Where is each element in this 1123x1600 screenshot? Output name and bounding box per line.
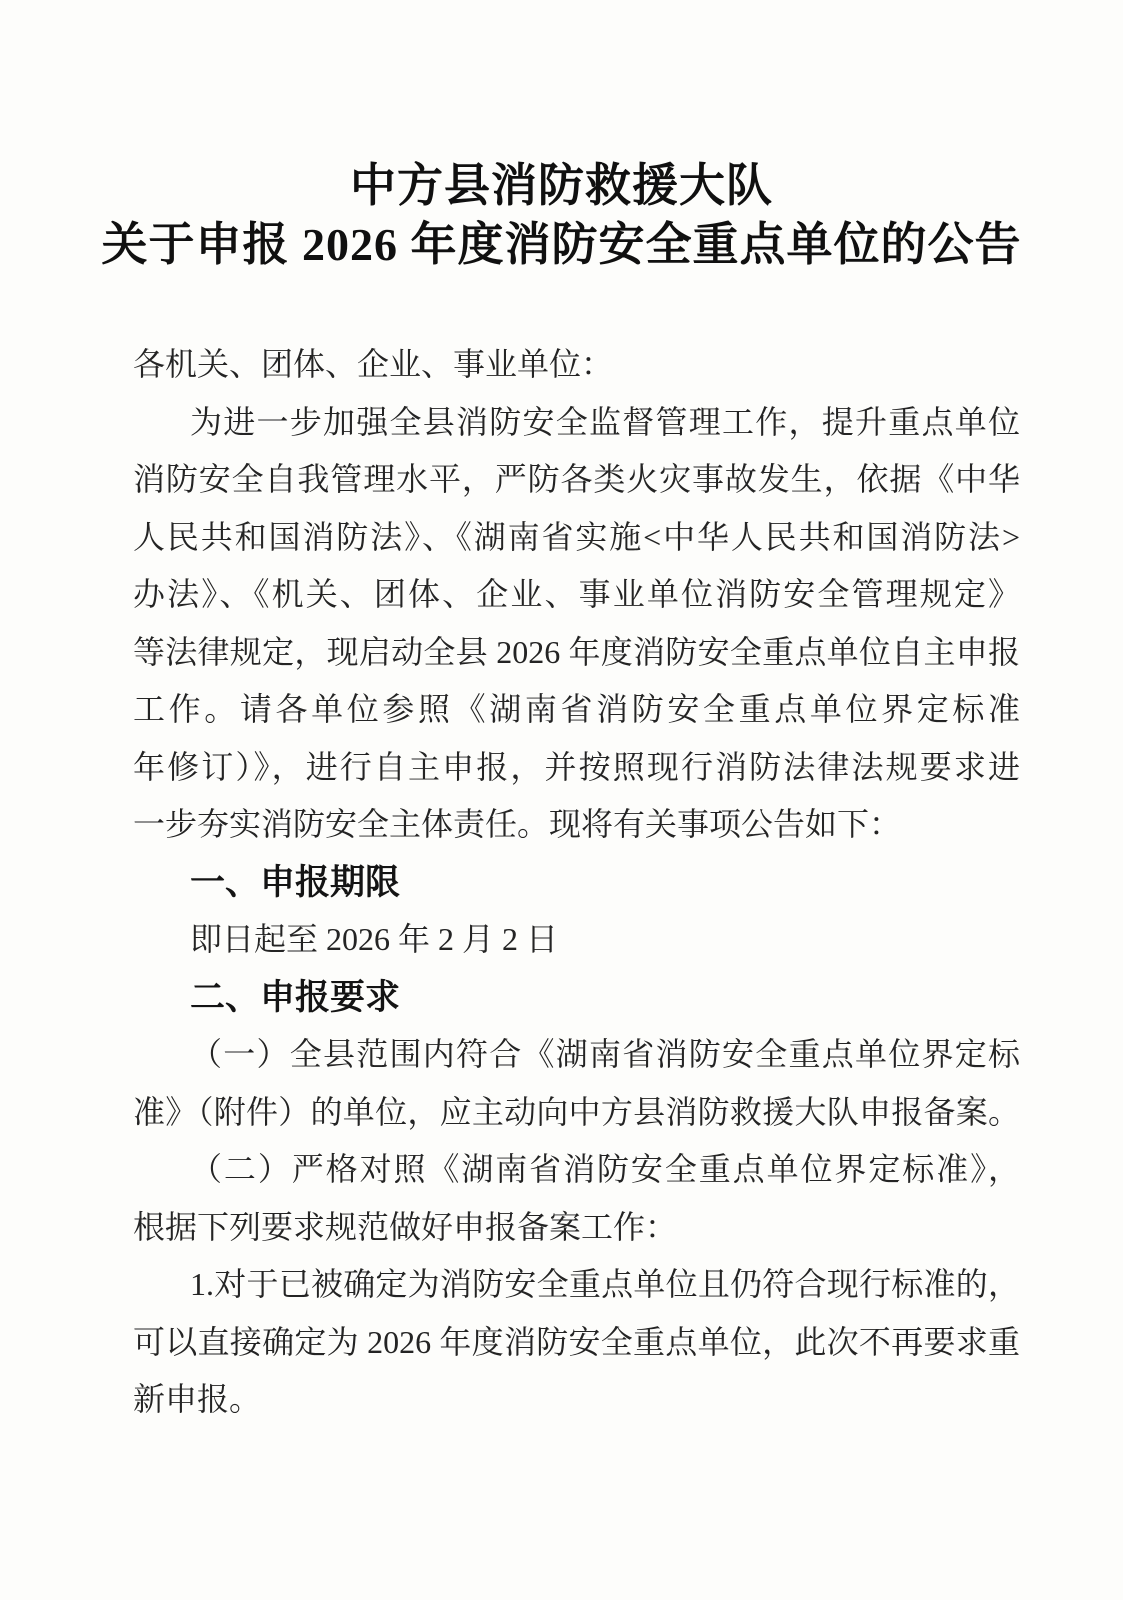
document-title-line1: 中方县消防救援大队 xyxy=(0,156,1123,215)
text-line: 1.对于已被确定为消防安全重点单位且仍符合现行标准的， xyxy=(133,1256,1020,1314)
text-line: 一步夯实消防安全主体责任。现将有关事项公告如下： xyxy=(133,796,1020,854)
text-line: 新申报。 xyxy=(133,1371,1020,1429)
text-line: 消防安全自我管理水平，严防各类火灾事故发生，依据《中华 xyxy=(133,451,1020,509)
text-line: 准》（附件）的单位，应主动向中方县消防救援大队申报备案。 xyxy=(133,1084,1020,1142)
text-line: 可以直接确定为 2026 年度消防安全重点单位，此次不再要求重 xyxy=(133,1314,1020,1372)
text-line: 工作。请各单位参照《湖南省消防安全重点单位界定标准（2023 xyxy=(133,681,1020,739)
text-line: 各机关、团体、企业、事业单位： xyxy=(133,336,1020,394)
document-body: 各机关、团体、企业、事业单位：为进一步加强全县消防安全监督管理工作，提升重点单位… xyxy=(133,336,1020,1429)
text-line: （一）全县范围内符合《湖南省消防安全重点单位界定标 xyxy=(133,1026,1020,1084)
section-heading: 一、申报期限 xyxy=(133,854,1020,912)
text-line: 为进一步加强全县消防安全监督管理工作，提升重点单位 xyxy=(133,394,1020,452)
text-line: （二）严格对照《湖南省消防安全重点单位界定标准》， xyxy=(133,1141,1020,1199)
text-line: 办法》、《机关、团体、企业、事业单位消防安全管理规定》 xyxy=(133,566,1020,624)
document-title: 中方县消防救援大队 关于申报 2026 年度消防安全重点单位的公告 xyxy=(0,156,1123,274)
text-line: 即日起至 2026 年 2 月 2 日 xyxy=(133,911,1020,969)
document-title-line2: 关于申报 2026 年度消防安全重点单位的公告 xyxy=(0,215,1123,274)
scanned-document-page: 中方县消防救援大队 关于申报 2026 年度消防安全重点单位的公告 各机关、团体… xyxy=(0,0,1123,1600)
text-line: 人民共和国消防法》、《湖南省实施<中华人民共和国消防法> xyxy=(133,509,1020,567)
text-line: 根据下列要求规范做好申报备案工作： xyxy=(133,1199,1020,1257)
text-line: 等法律规定，现启动全县 2026 年度消防安全重点单位自主申报 xyxy=(133,624,1020,682)
text-line: 年修订）》，进行自主申报，并按照现行消防法律法规要求进 xyxy=(133,739,1020,797)
section-heading: 二、申报要求 xyxy=(133,969,1020,1027)
